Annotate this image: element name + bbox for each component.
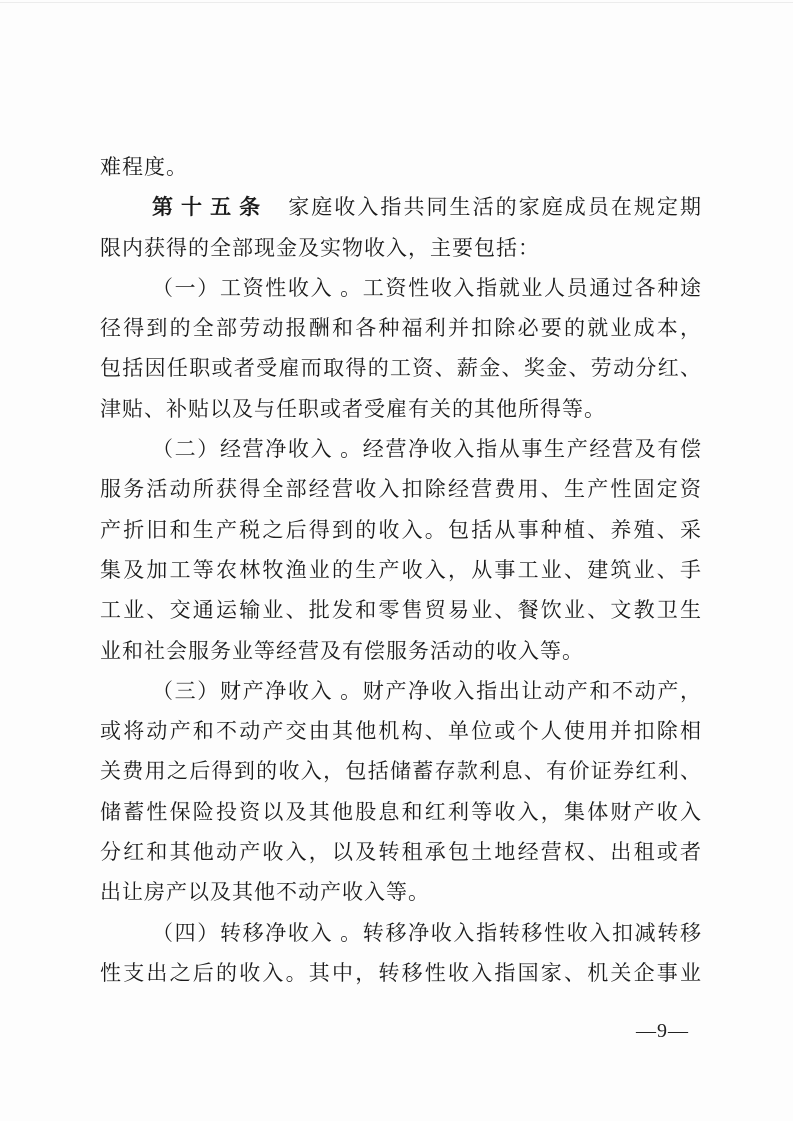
text-line: 工业、交通运输业、批发和零售贸易业、餐饮业、文教卫生 xyxy=(100,590,702,630)
text-line: 限内获得的全部现金及实物收入，主要包括： xyxy=(100,228,702,268)
text-line: 产折旧和生产税之后得到的收入。包括从事种植、养殖、采 xyxy=(100,510,702,550)
item-1-wage-income-line: （一）工资性收入 。工资性收入指就业人员通过各种途 xyxy=(100,268,702,308)
page-number: —9— xyxy=(636,1020,689,1042)
text-line: 性支出之后的收入。其中，转移性收入指国家、机关企事业 xyxy=(100,953,702,993)
text-line: 服务活动所获得全部经营收入扣除经营费用、生产性固定资 xyxy=(100,469,702,509)
page-top-edge-line xyxy=(0,2,793,3)
article-15-heading-line: 第十五条家庭收入指共同生活的家庭成员在规定期 xyxy=(100,187,702,227)
item-4-transfer-income-line: （四）转移净收入 。转移净收入指转移性收入扣减转移 xyxy=(100,913,702,953)
item-2-business-income-line: （二）经营净收入 。经营净收入指从事生产经营及有偿 xyxy=(100,429,702,469)
text-line: 包括因任职或者受雇而取得的工资、薪金、奖金、劳动分红、 xyxy=(100,348,702,388)
text-line: 分红和其他动产收入，以及转租承包土地经营权、出租或者 xyxy=(100,832,702,872)
article-number-bold: 第十五条 xyxy=(152,195,268,219)
text-line-continued: 难程度。 xyxy=(100,147,702,187)
text-line: 业和社会服务业等经营及有偿服务活动的收入等。 xyxy=(100,631,702,671)
item-3-property-income-line: （三）财产净收入 。财产净收入指出让动产和不动产， xyxy=(100,671,702,711)
article-heading-text: 家庭收入指共同生活的家庭成员在规定期 xyxy=(288,195,702,219)
text-line: 津贴、补贴以及与任职或者受雇有关的其他所得等。 xyxy=(100,389,702,429)
document-page: 难程度。 第十五条家庭收入指共同生活的家庭成员在规定期 限内获得的全部现金及实物… xyxy=(0,0,793,1121)
text-line: 关费用之后得到的收入，包括储蓄存款利息、有价证券红利、 xyxy=(100,751,702,791)
text-line: 径得到的全部劳动报酬和各种福利并扣除必要的就业成本， xyxy=(100,308,702,348)
text-line: 或将动产和不动产交由其他机构、单位或个人使用并扣除相 xyxy=(100,711,702,751)
text-line: 储蓄性保险投资以及其他股息和红利等收入，集体财产收入 xyxy=(100,792,702,832)
text-line: 出让房产以及其他不动产收入等。 xyxy=(100,872,702,912)
text-line: 集及加工等农林牧渔业的生产收入，从事工业、建筑业、手 xyxy=(100,550,702,590)
page-footer: —9— xyxy=(636,1018,689,1044)
document-body: 难程度。 第十五条家庭收入指共同生活的家庭成员在规定期 限内获得的全部现金及实物… xyxy=(100,147,702,993)
